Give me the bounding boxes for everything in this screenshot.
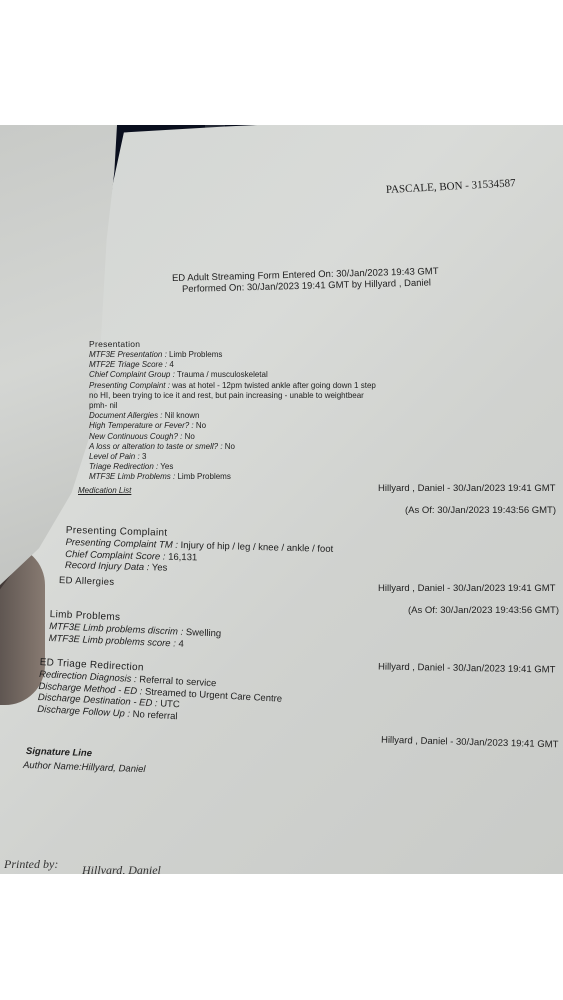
signature-title: Signature Line: [26, 746, 92, 759]
field-value: pmh- nil: [89, 401, 117, 410]
field-value: UTC: [160, 698, 180, 710]
field-value: 3: [142, 452, 146, 461]
field-row: Triage Redirection : Yes: [89, 462, 376, 472]
field-label: MTF3E Limb Problems :: [89, 472, 175, 481]
field-label: Presenting Complaint :: [89, 381, 170, 390]
ed-allergies-title: ED Allergies: [59, 575, 115, 588]
field-row: Level of Pain : 3: [89, 452, 376, 462]
limb-problems-section: Limb Problems MTF3E Limb problems discri…: [48, 609, 221, 651]
document-photo: PASCALE, BON - 31534587 ED Adult Streami…: [0, 125, 563, 874]
field-label: A loss or alteration to taste or smell? …: [89, 442, 223, 451]
field-value: Yes: [152, 562, 168, 573]
field-label: Record Injury Data :: [65, 560, 150, 573]
field-value: no HI, been trying to ice it and rest, b…: [89, 391, 364, 400]
field-label: Level of Pain :: [89, 452, 140, 461]
medication-list-as-of: (As Of: 30/Jan/2023 19:43:56 GMT): [405, 505, 556, 516]
field-row: Document Allergies : Nil known: [89, 411, 376, 421]
field-value: No: [185, 432, 195, 441]
presenting-complaint-section: Presenting Complaint Presenting Complain…: [65, 525, 334, 578]
printed-by-label: Printed by:: [4, 857, 58, 872]
medication-list-link[interactable]: Medication List: [78, 485, 131, 496]
field-label: High Temperature or Fever? :: [89, 421, 194, 430]
field-label: Triage Redirection :: [89, 462, 158, 471]
field-row: MTF3E Presentation : Limb Problems: [89, 350, 376, 360]
field-row: MTF2E Triage Score : 4: [89, 360, 376, 370]
patient-header: PASCALE, BON - 31534587: [386, 178, 516, 196]
field-label: MTF2E Triage Score :: [89, 360, 167, 369]
field-row: Chief Complaint Group : Trauma / musculo…: [89, 370, 376, 380]
field-value: Yes: [160, 462, 173, 471]
signature-author-name: Author Name:Hillyard, Daniel: [23, 760, 146, 775]
field-label: New Continuous Cough? :: [89, 432, 182, 441]
printed-by-name: Hillyard, Daniel: [82, 863, 161, 874]
field-row: Presenting Complaint : was at hotel - 12…: [89, 381, 376, 391]
field-row: MTF3E Limb Problems : Limb Problems: [89, 472, 376, 482]
triage-redirection-section: ED Triage Redirection Redirection Diagno…: [37, 657, 284, 728]
field-row: High Temperature or Fever? : No: [89, 421, 376, 431]
field-value: 4: [169, 360, 173, 369]
field-value: Swelling: [186, 627, 222, 640]
field-label: MTF3E Presentation :: [89, 350, 167, 359]
field-value: Trauma / musculoskeletal: [177, 370, 268, 379]
field-value: No: [196, 421, 206, 430]
field-row: no HI, been trying to ice it and rest, b…: [89, 391, 376, 401]
field-value: 16,131: [168, 551, 197, 563]
medication-list-author: Hillyard , Daniel - 30/Jan/2023 19:41 GM…: [378, 483, 555, 494]
triage-redirection-author: Hillyard , Daniel - 30/Jan/2023 19:41 GM…: [378, 661, 556, 675]
field-row: New Continuous Cough? : No: [89, 432, 376, 442]
section-title: Presentation: [89, 339, 376, 350]
field-label: Document Allergies :: [89, 411, 163, 420]
field-value: Limb Problems: [177, 472, 230, 481]
ed-allergies-as-of: (As Of: 30/Jan/2023 19:43:56 GMT): [408, 605, 559, 616]
signature-author-line: Hillyard , Daniel - 30/Jan/2023 19:41 GM…: [381, 735, 559, 751]
field-row: A loss or alteration to taste or smell? …: [89, 442, 376, 452]
ed-allergies-author: Hillyard , Daniel - 30/Jan/2023 19:41 GM…: [378, 583, 555, 594]
field-row: pmh- nil: [89, 401, 376, 411]
field-value: was at hotel - 12pm twisted ankle after …: [172, 381, 376, 390]
field-value: No: [225, 442, 235, 451]
field-value: No referral: [132, 708, 177, 721]
document-content: PASCALE, BON - 31534587 ED Adult Streami…: [0, 125, 563, 874]
field-value: Nil known: [165, 411, 200, 420]
presentation-section: Presentation MTF3E Presentation : Limb P…: [89, 339, 376, 483]
field-label: Chief Complaint Group :: [89, 370, 175, 379]
field-value: Limb Problems: [169, 350, 222, 359]
field-value: 4: [178, 638, 184, 649]
